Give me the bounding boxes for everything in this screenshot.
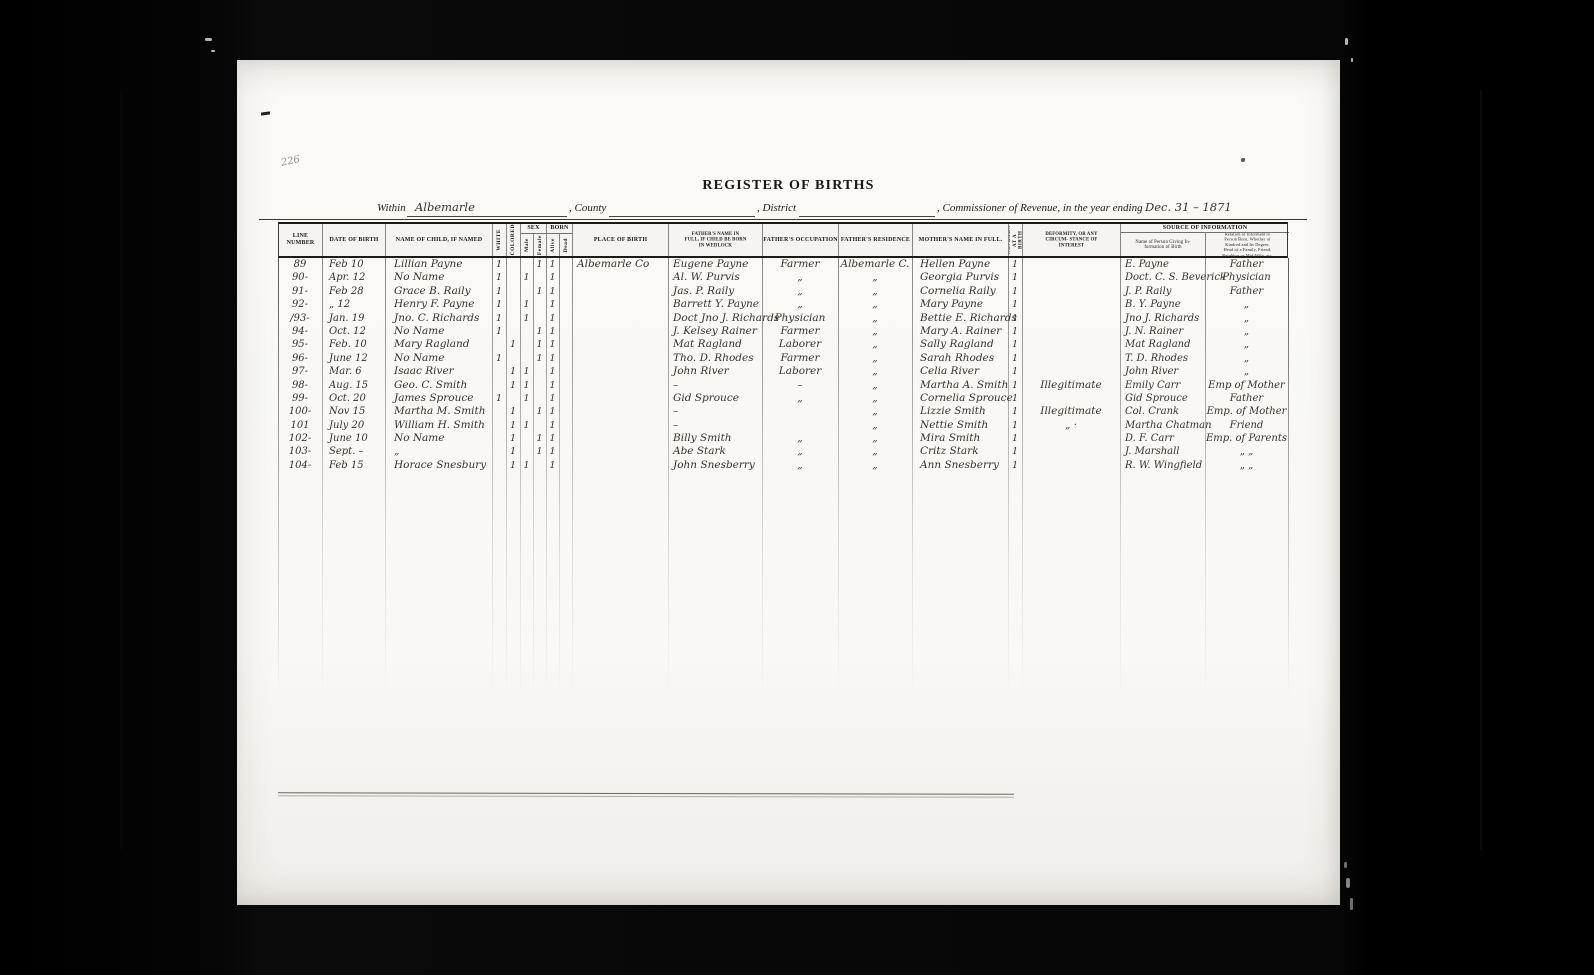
cell-child: Mary Ragland bbox=[385, 338, 492, 351]
cell-date: Apr. 12 bbox=[322, 271, 385, 284]
cell-date: Feb. 10 bbox=[322, 338, 385, 351]
cell-colored: 1 bbox=[506, 365, 520, 378]
cell-line: 91- bbox=[278, 285, 322, 298]
cell-relation: „ „ bbox=[1205, 459, 1288, 472]
cell-date: Nov 15 bbox=[322, 405, 385, 418]
cell-mother: Martha A. Smith bbox=[912, 379, 1008, 392]
cell-alive: 1 bbox=[546, 365, 559, 378]
cell-residence: „ bbox=[838, 432, 912, 445]
cell-informant: Doct. C. S. Beverick bbox=[1120, 271, 1205, 284]
cell-relation: „ bbox=[1205, 365, 1288, 378]
cell-num: 1 bbox=[1008, 432, 1022, 445]
cell-male: 1 bbox=[520, 392, 533, 405]
table-row: 90-Apr. 12No Name111Al. W. Purvis„„Georg… bbox=[278, 271, 1288, 284]
cell-occupation: Farmer bbox=[762, 258, 838, 271]
header-colored: COLORED bbox=[507, 224, 521, 256]
cell-occupation: „ bbox=[762, 459, 838, 472]
cell-mother: Sally Ragland bbox=[912, 338, 1008, 351]
cell-residence: „ bbox=[838, 285, 912, 298]
cell-relation: „ bbox=[1205, 352, 1288, 365]
cell-mother: Mary A. Rainer bbox=[912, 325, 1008, 338]
cell-residence: „ bbox=[838, 271, 912, 284]
film-streak bbox=[1480, 90, 1482, 850]
cell-occupation: – bbox=[762, 379, 838, 392]
cell-mother: Lizzie Smith bbox=[912, 405, 1008, 418]
cell-father: Jas. P. Raily bbox=[668, 285, 762, 298]
cell-child: Horace Snesbury bbox=[385, 459, 492, 472]
cell-female: 1 bbox=[533, 285, 546, 298]
cell-relation: „ bbox=[1205, 298, 1288, 311]
within-label: Within bbox=[377, 202, 406, 214]
header-informant-relation-label: Relation of Informant to Person Born, Wh… bbox=[1222, 233, 1273, 256]
cell-father: Abe Stark bbox=[668, 445, 762, 458]
cell-child: Isaac River bbox=[385, 365, 492, 378]
cell-female: 1 bbox=[533, 432, 546, 445]
cell-informant: B. Y. Payne bbox=[1120, 298, 1205, 311]
cell-male: 1 bbox=[520, 365, 533, 378]
cell-num: 1 bbox=[1008, 325, 1022, 338]
header-male-label: Male bbox=[524, 238, 530, 252]
cell-date: Feb 28 bbox=[322, 285, 385, 298]
cell-alive: 1 bbox=[546, 419, 559, 432]
cell-father: Doct Jno J. Richards bbox=[668, 312, 762, 325]
cell-alive: 1 bbox=[546, 459, 559, 472]
cell-male: 1 bbox=[520, 298, 533, 311]
page-title: REGISTER OF BIRTHS bbox=[237, 178, 1340, 194]
cell-relation: „ bbox=[1205, 338, 1288, 351]
cell-date: June 10 bbox=[322, 432, 385, 445]
header-sex-group: SEX bbox=[521, 224, 547, 234]
cell-num: 1 bbox=[1008, 258, 1022, 271]
cell-child: Martha M. Smith bbox=[385, 405, 492, 418]
cell-alive: 1 bbox=[546, 338, 559, 351]
cell-mother: Georgia Purvis bbox=[912, 271, 1008, 284]
header-place-of-birth: PLACE OF BIRTH bbox=[573, 224, 669, 256]
film-speck bbox=[1351, 58, 1353, 62]
cell-white: 1 bbox=[492, 352, 506, 365]
blank-rule bbox=[609, 216, 755, 217]
cell-white: 1 bbox=[492, 392, 506, 405]
table-row: 99-Oct. 20James Sprouce111Gid Sprouce„„C… bbox=[278, 392, 1288, 405]
cell-residence: „ bbox=[838, 379, 912, 392]
header-female-label: Female bbox=[537, 235, 543, 255]
cell-father: Tho. D. Rhodes bbox=[668, 352, 762, 365]
cell-male: 1 bbox=[520, 459, 533, 472]
cell-father: Eugene Payne bbox=[668, 258, 762, 271]
cell-residence: „ bbox=[838, 392, 912, 405]
cell-occupation: „ bbox=[762, 432, 838, 445]
cell-relation: „ bbox=[1205, 312, 1288, 325]
cell-informant: R. W. Wingfield bbox=[1120, 459, 1205, 472]
cell-child: „ bbox=[385, 445, 492, 458]
cell-line: 98- bbox=[278, 379, 322, 392]
table-row: 95-Feb. 10Mary Ragland111Mat RaglandLabo… bbox=[278, 338, 1288, 351]
cell-father: – bbox=[668, 419, 762, 432]
county-value: Albemarle bbox=[415, 200, 475, 214]
cell-date: Sept. – bbox=[322, 445, 385, 458]
cell-white: 1 bbox=[492, 325, 506, 338]
column-rule bbox=[1288, 258, 1289, 728]
cell-informant: J. N. Rainer bbox=[1120, 325, 1205, 338]
cell-mother: Ann Snesberry bbox=[912, 459, 1008, 472]
cell-residence: Albemarle C. bbox=[838, 258, 912, 271]
header-dead: Dead bbox=[560, 234, 573, 256]
cell-relation: Father bbox=[1205, 285, 1288, 298]
cell-father: – bbox=[668, 405, 762, 418]
cell-residence: „ bbox=[838, 365, 912, 378]
ink-mark bbox=[261, 111, 270, 115]
cell-date: Aug. 15 bbox=[322, 379, 385, 392]
cell-line: 95- bbox=[278, 338, 322, 351]
cell-mother: Cornelia Sprouce bbox=[912, 392, 1008, 405]
cell-date: Oct. 12 bbox=[322, 325, 385, 338]
cell-father: – bbox=[668, 379, 762, 392]
cell-residence: „ bbox=[838, 338, 912, 351]
header-alive: Alive bbox=[547, 234, 560, 256]
cell-num: 1 bbox=[1008, 445, 1022, 458]
cell-informant: Martha Chatman bbox=[1120, 419, 1205, 432]
cell-residence: „ bbox=[838, 325, 912, 338]
cell-alive: 1 bbox=[546, 312, 559, 325]
header-fathers-occupation: FATHER'S OCCUPATION bbox=[763, 224, 839, 256]
cell-male: 1 bbox=[520, 419, 533, 432]
table-row: 97-Mar. 6Isaac River111John RiverLaborer… bbox=[278, 365, 1288, 378]
cell-line: 90- bbox=[278, 271, 322, 284]
header-date-of-birth: DATE OF BIRTH bbox=[323, 224, 386, 256]
cell-mother: Sarah Rhodes bbox=[912, 352, 1008, 365]
cell-alive: 1 bbox=[546, 392, 559, 405]
cell-line: 97- bbox=[278, 365, 322, 378]
cell-mother: Nettie Smith bbox=[912, 419, 1008, 432]
table-row: 102-June 10No Name111Billy Smith„„Mira S… bbox=[278, 432, 1288, 445]
cell-line: /93- bbox=[278, 312, 322, 325]
header-white-label: WHITE bbox=[496, 229, 502, 251]
cell-colored: 1 bbox=[506, 432, 520, 445]
header-line-number: LINE NUMBER bbox=[279, 224, 323, 256]
cell-mother: Bettie E. Richards bbox=[912, 312, 1008, 325]
cell-line: 101 bbox=[278, 419, 322, 432]
cell-date: Jan. 19 bbox=[322, 312, 385, 325]
cell-num: 1 bbox=[1008, 271, 1022, 284]
cell-residence: „ bbox=[838, 445, 912, 458]
cell-father: Billy Smith bbox=[668, 432, 762, 445]
cell-child: No Name bbox=[385, 325, 492, 338]
cell-date: „ 12 bbox=[322, 298, 385, 311]
cell-residence: „ bbox=[838, 352, 912, 365]
bottom-rule bbox=[278, 795, 1014, 798]
register-table: LINE NUMBER DATE OF BIRTH NAME OF CHILD,… bbox=[278, 222, 1288, 702]
cell-colored: 1 bbox=[506, 379, 520, 392]
district-label: , District bbox=[757, 202, 796, 214]
cell-female: 1 bbox=[533, 405, 546, 418]
cell-num: 1 bbox=[1008, 405, 1022, 418]
cell-relation: „ „ bbox=[1205, 445, 1288, 458]
header-deformity: DEFORMITY, OR ANY CIRCUM- STANCE OF INTE… bbox=[1023, 224, 1121, 256]
cell-child: Henry F. Payne bbox=[385, 298, 492, 311]
cell-num: 1 bbox=[1008, 352, 1022, 365]
cell-alive: 1 bbox=[546, 258, 559, 271]
cell-female: 1 bbox=[533, 258, 546, 271]
cell-child: William H. Smith bbox=[385, 419, 492, 432]
cell-line: 102- bbox=[278, 432, 322, 445]
register-page: 226 REGISTER OF BIRTHS Within Albemarle … bbox=[237, 60, 1340, 905]
table-row: /93-Jan. 19Jno. C. Richards111Doct Jno J… bbox=[278, 312, 1288, 325]
cell-deformity: „ · bbox=[1022, 419, 1120, 432]
cell-occupation: Laborer bbox=[762, 365, 838, 378]
cell-child: Geo. C. Smith bbox=[385, 379, 492, 392]
cell-informant: Col. Crank bbox=[1120, 405, 1205, 418]
cell-father: Mat Ragland bbox=[668, 338, 762, 351]
cell-date: June 12 bbox=[322, 352, 385, 365]
cell-date: Oct. 20 bbox=[322, 392, 385, 405]
cell-occupation: Laborer bbox=[762, 338, 838, 351]
film-speck bbox=[1346, 878, 1350, 888]
cell-father: Gid Sprouce bbox=[668, 392, 762, 405]
cell-residence: „ bbox=[838, 312, 912, 325]
film-background: 226 REGISTER OF BIRTHS Within Albemarle … bbox=[0, 0, 1594, 975]
cell-occupation: Farmer bbox=[762, 325, 838, 338]
cell-colored: 1 bbox=[506, 405, 520, 418]
cell-mother: Mira Smith bbox=[912, 432, 1008, 445]
commissioner-label: , Commissioner of Revenue, in the year e… bbox=[937, 202, 1143, 214]
cell-child: No Name bbox=[385, 271, 492, 284]
cell-child: James Sprouce bbox=[385, 392, 492, 405]
cell-informant: John River bbox=[1120, 365, 1205, 378]
cell-male: 1 bbox=[520, 379, 533, 392]
cell-residence: „ bbox=[838, 298, 912, 311]
header-name-of-child: NAME OF CHILD, IF NAMED bbox=[386, 224, 493, 256]
cell-line: 96- bbox=[278, 352, 322, 365]
cell-alive: 1 bbox=[546, 271, 559, 284]
cell-occupation: „ bbox=[762, 445, 838, 458]
cell-father: John River bbox=[668, 365, 762, 378]
cell-num: 1 bbox=[1008, 338, 1022, 351]
cell-relation: Emp. of Parents bbox=[1205, 432, 1288, 445]
blank-rule bbox=[799, 216, 935, 217]
cell-relation: Father bbox=[1205, 392, 1288, 405]
table-row: 94-Oct. 12No Name111J. Kelsey RainerFarm… bbox=[278, 325, 1288, 338]
header-mothers-name: MOTHER'S NAME IN FULL. bbox=[913, 224, 1009, 256]
cell-informant: J. P. Raily bbox=[1120, 285, 1205, 298]
cell-informant: Jno J. Richards bbox=[1120, 312, 1205, 325]
cell-mother: Celia River bbox=[912, 365, 1008, 378]
cell-female: 1 bbox=[533, 325, 546, 338]
cell-num: 1 bbox=[1008, 419, 1022, 432]
cell-child: No Name bbox=[385, 432, 492, 445]
cell-num: 1 bbox=[1008, 365, 1022, 378]
cell-occupation: Physician bbox=[762, 312, 838, 325]
header-female: Female bbox=[534, 234, 547, 256]
header-deformity-label: DEFORMITY, OR ANY CIRCUM- STANCE OF INTE… bbox=[1039, 231, 1105, 248]
cell-white: 1 bbox=[492, 312, 506, 325]
cell-relation: „ bbox=[1205, 325, 1288, 338]
county-label: , County bbox=[569, 202, 606, 214]
cell-child: Jno. C. Richards bbox=[385, 312, 492, 325]
cell-female: 1 bbox=[533, 338, 546, 351]
header-num-born-label: NO. BORN AT A BIRTH bbox=[1009, 224, 1023, 256]
cell-occupation: Farmer bbox=[762, 352, 838, 365]
cell-alive: 1 bbox=[546, 432, 559, 445]
cell-mother: Hellen Payne bbox=[912, 258, 1008, 271]
table-row: 103-Sept. –„111Abe Stark„„Critz Stark1J.… bbox=[278, 445, 1288, 458]
cell-residence: „ bbox=[838, 419, 912, 432]
header-informant-relation: Relation of Informant to Person Born, Wh… bbox=[1206, 233, 1289, 256]
year-ending-value: Dec. 31 – 1871 bbox=[1145, 200, 1232, 214]
table-row: 101July 20William H. Smith111–„Nettie Sm… bbox=[278, 419, 1288, 432]
cell-colored: 1 bbox=[506, 459, 520, 472]
cell-informant: E. Payne bbox=[1120, 258, 1205, 271]
header-white: WHITE bbox=[493, 224, 507, 256]
header-born-group: BORN bbox=[547, 224, 573, 234]
cell-line: 104- bbox=[278, 459, 322, 472]
cell-mother: Mary Payne bbox=[912, 298, 1008, 311]
table-rows: 89Feb 10Lillian Payne111Albemarle CoEuge… bbox=[278, 258, 1288, 472]
cell-date: Mar. 6 bbox=[322, 365, 385, 378]
header-fathers-name: FATHER'S NAME IN FULL, IF CHILD BE BORN … bbox=[669, 224, 763, 256]
cell-father: Al. W. Purvis bbox=[668, 271, 762, 284]
film-speck bbox=[1350, 898, 1353, 910]
cell-alive: 1 bbox=[546, 352, 559, 365]
cell-line: 89 bbox=[278, 258, 322, 271]
cell-child: Grace B. Raily bbox=[385, 285, 492, 298]
cell-relation: Physician bbox=[1205, 271, 1288, 284]
cell-informant: Gid Sprouce bbox=[1120, 392, 1205, 405]
cell-colored: 1 bbox=[506, 338, 520, 351]
cell-father: John Snesberry bbox=[668, 459, 762, 472]
cell-female: 1 bbox=[533, 445, 546, 458]
header-male: Male bbox=[521, 234, 534, 256]
cell-deformity: Illegitimate bbox=[1022, 405, 1120, 418]
cell-mother: Cornelia Raily bbox=[912, 285, 1008, 298]
table-row: 96-June 12No Name111Tho. D. RhodesFarmer… bbox=[278, 352, 1288, 365]
header-num-born: NO. BORN AT A BIRTH bbox=[1009, 224, 1023, 256]
cell-line: 92- bbox=[278, 298, 322, 311]
cell-num: 1 bbox=[1008, 312, 1022, 325]
film-speck bbox=[1345, 38, 1348, 45]
cell-relation: Friend bbox=[1205, 419, 1288, 432]
cell-alive: 1 bbox=[546, 379, 559, 392]
cell-occupation: „ bbox=[762, 271, 838, 284]
header-informant-name: Name of Person Giving In- formation of B… bbox=[1121, 233, 1206, 256]
cell-colored: 1 bbox=[506, 419, 520, 432]
table-header: LINE NUMBER DATE OF BIRTH NAME OF CHILD,… bbox=[278, 222, 1288, 258]
cell-alive: 1 bbox=[546, 325, 559, 338]
cell-male: 1 bbox=[520, 271, 533, 284]
table-row: 104-Feb 15Horace Snesbury111John Snesber… bbox=[278, 459, 1288, 472]
cell-date: Feb 10 bbox=[322, 258, 385, 271]
form-line: Within Albemarle , County , District , C… bbox=[237, 202, 1340, 220]
cell-informant: T. D. Rhodes bbox=[1120, 352, 1205, 365]
table-row: 100-Nov 15Martha M. Smith111–„Lizzie Smi… bbox=[278, 405, 1288, 418]
cell-deformity: Illegitimate bbox=[1022, 379, 1120, 392]
cell-relation: Emp. of Mother bbox=[1205, 405, 1288, 418]
cell-line: 99- bbox=[278, 392, 322, 405]
cell-relation: Father bbox=[1205, 258, 1288, 271]
cell-relation: Emp of Mother bbox=[1205, 379, 1288, 392]
cell-informant: Mat Ragland bbox=[1120, 338, 1205, 351]
cell-date: Feb 15 bbox=[322, 459, 385, 472]
cell-line: 100- bbox=[278, 405, 322, 418]
cell-occupation: „ bbox=[762, 392, 838, 405]
header-colored-label: COLORED bbox=[510, 224, 516, 255]
cell-colored: 1 bbox=[506, 445, 520, 458]
cell-alive: 1 bbox=[546, 445, 559, 458]
table-row: 89Feb 10Lillian Payne111Albemarle CoEuge… bbox=[278, 258, 1288, 271]
ink-speck bbox=[1241, 158, 1245, 162]
cell-child: Lillian Payne bbox=[385, 258, 492, 271]
cell-date: July 20 bbox=[322, 419, 385, 432]
cell-white: 1 bbox=[492, 271, 506, 284]
cell-white: 1 bbox=[492, 285, 506, 298]
cell-num: 1 bbox=[1008, 379, 1022, 392]
cell-informant: Emily Carr bbox=[1120, 379, 1205, 392]
cell-informant: D. F. Carr bbox=[1120, 432, 1205, 445]
cell-white: 1 bbox=[492, 298, 506, 311]
film-speck bbox=[1344, 862, 1347, 868]
cell-informant: J. Marshall bbox=[1120, 445, 1205, 458]
film-streak bbox=[120, 90, 122, 850]
cell-mother: Critz Stark bbox=[912, 445, 1008, 458]
header-dead-label: Dead bbox=[563, 238, 569, 252]
header-fathers-name-label: FATHER'S NAME IN FULL, IF CHILD BE BORN … bbox=[684, 231, 747, 248]
header-alive-label: Alive bbox=[550, 238, 556, 253]
table-row: 98-Aug. 15Geo. C. Smith111––„Martha A. S… bbox=[278, 379, 1288, 392]
header-informant-name-label: Name of Person Giving In- formation of B… bbox=[1134, 239, 1191, 250]
table-row: 91-Feb 28Grace B. Raily111Jas. P. Raily„… bbox=[278, 285, 1288, 298]
cell-num: 1 bbox=[1008, 459, 1022, 472]
cell-alive: 1 bbox=[546, 405, 559, 418]
cell-residence: „ bbox=[838, 459, 912, 472]
header-fathers-residence: FATHER'S RESIDENCE bbox=[839, 224, 913, 256]
cell-num: 1 bbox=[1008, 298, 1022, 311]
cell-num: 1 bbox=[1008, 392, 1022, 405]
cell-residence: „ bbox=[838, 405, 912, 418]
cell-father: J. Kelsey Rainer bbox=[668, 325, 762, 338]
cell-child: No Name bbox=[385, 352, 492, 365]
header-source-group: SOURCE OF INFORMATION bbox=[1121, 224, 1289, 233]
cell-place: Albemarle Co bbox=[572, 258, 668, 271]
cell-male: 1 bbox=[520, 312, 533, 325]
cell-occupation: „ bbox=[762, 285, 838, 298]
cell-white: 1 bbox=[492, 258, 506, 271]
page-number-scribble: 226 bbox=[280, 154, 301, 169]
cell-line: 94- bbox=[278, 325, 322, 338]
cell-alive: 1 bbox=[546, 285, 559, 298]
blank-rule bbox=[407, 216, 567, 217]
bottom-rule bbox=[278, 792, 1014, 795]
table-row: 92-„ 12Henry F. Payne111Barrett Y. Payne… bbox=[278, 298, 1288, 311]
cell-num: 1 bbox=[1008, 285, 1022, 298]
cell-female: 1 bbox=[533, 352, 546, 365]
film-speck bbox=[205, 38, 212, 41]
cell-occupation: „ bbox=[762, 298, 838, 311]
film-speck bbox=[211, 50, 215, 52]
cell-father: Barrett Y. Payne bbox=[668, 298, 762, 311]
cell-alive: 1 bbox=[546, 298, 559, 311]
cell-line: 103- bbox=[278, 445, 322, 458]
